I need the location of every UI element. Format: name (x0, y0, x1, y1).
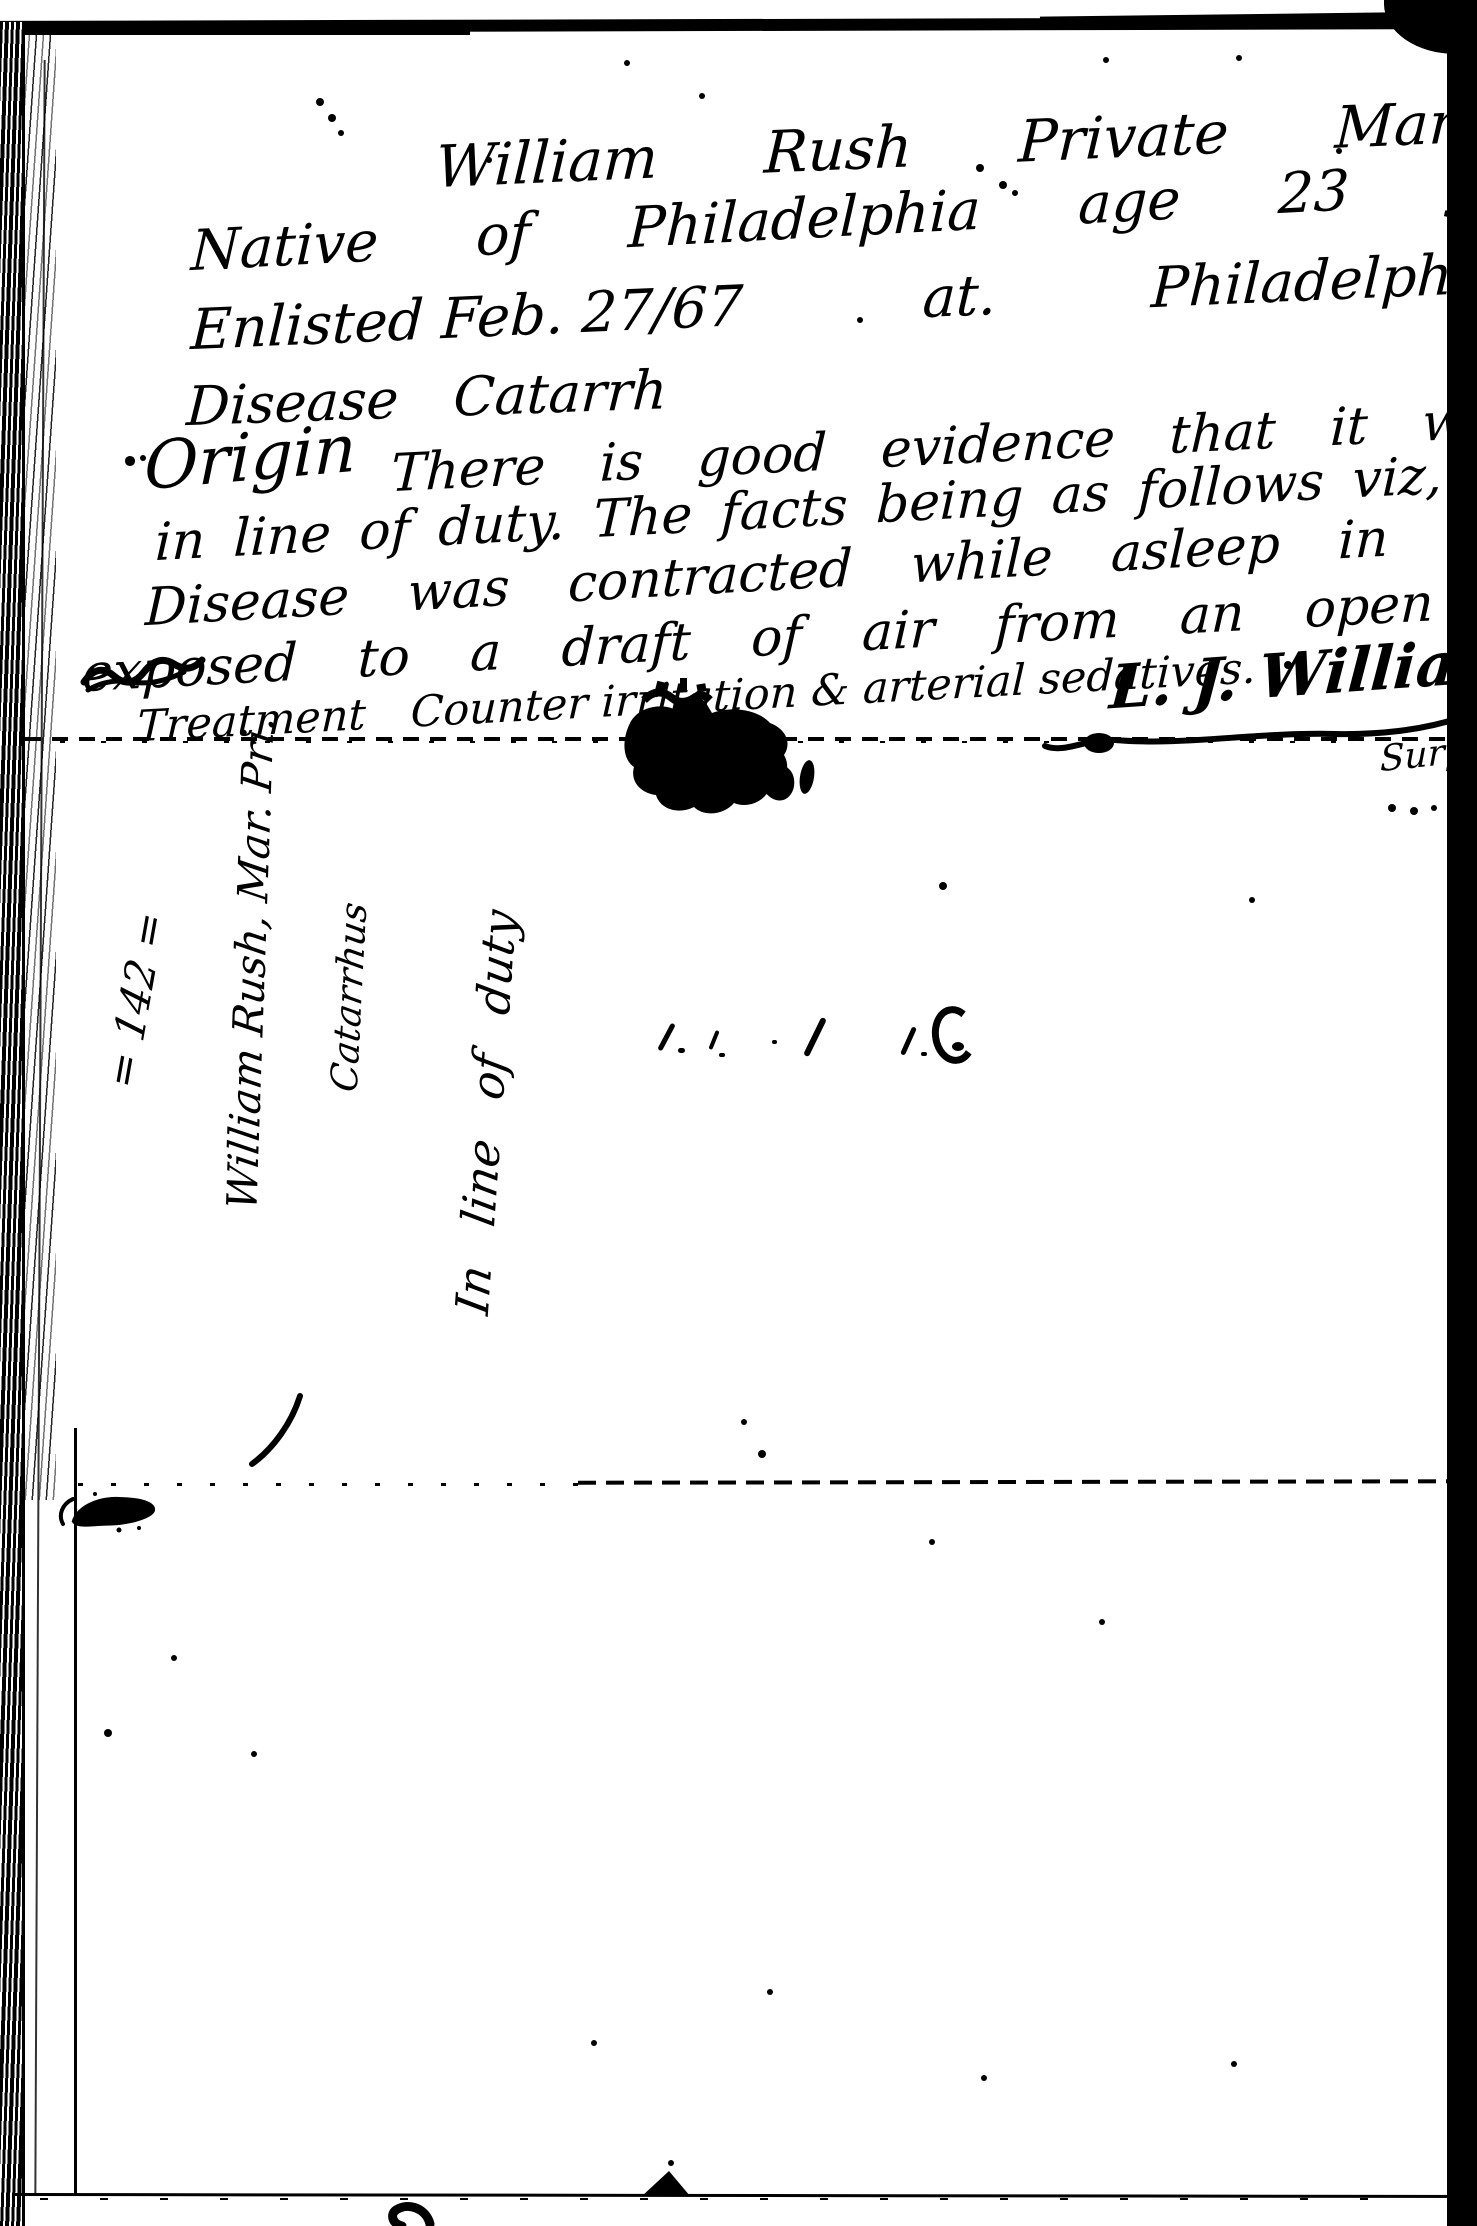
bottom-edge-dashes (40, 2198, 1420, 2200)
pen-tick (952, 1042, 964, 1051)
docket-finding-tail-stroke (238, 1390, 308, 1472)
fold-line-lower-left (78, 1483, 578, 1486)
docket-case-number: = 142 = (100, 907, 171, 1093)
enlisted-at: at. (921, 263, 997, 331)
pen-tick (678, 1048, 685, 1053)
origin-label: Origin (144, 415, 357, 500)
enlisted-date: Enlisted Feb. 27/67 (189, 274, 744, 363)
bottom-curl-mark (388, 2200, 436, 2226)
pen-tick (772, 1040, 777, 1044)
docket-diagnosis: Catarrhus (326, 900, 373, 1095)
binding-edge-band (0, 22, 24, 2226)
binding-rule-1 (22, 24, 25, 2226)
pen-tick (668, 2160, 674, 2166)
right-edge-strip (1447, 28, 1477, 2226)
enlisted-place: Philadelphia (1150, 241, 1477, 322)
pen-tick (803, 1017, 827, 1057)
ink-blot (600, 676, 830, 828)
docket-finding: In line of duty (449, 906, 523, 1317)
docket-name-rank: William Rush, Mar. Pri. (221, 713, 280, 1212)
pen-curl-mark (928, 1003, 980, 1067)
pen-tick (708, 1030, 719, 1050)
top-edge-band-left (0, 26, 470, 35)
ink-smudge (55, 1488, 175, 1536)
bottom-triangle-blot (642, 2171, 690, 2196)
pen-tick (900, 1026, 917, 1055)
scan-specks (0, 0, 4, 4)
margin-rule (74, 1428, 77, 2196)
pen-tick (719, 1053, 725, 1057)
scanned-document-page: William Rush Private Marine Native of Ph… (0, 0, 1477, 2226)
disease-value: Catarrh (452, 358, 669, 429)
correction-scribble (78, 652, 228, 696)
pen-tick (921, 1052, 927, 1056)
fold-line-lower-right (578, 1479, 1477, 1485)
pen-tick (657, 1023, 675, 1052)
